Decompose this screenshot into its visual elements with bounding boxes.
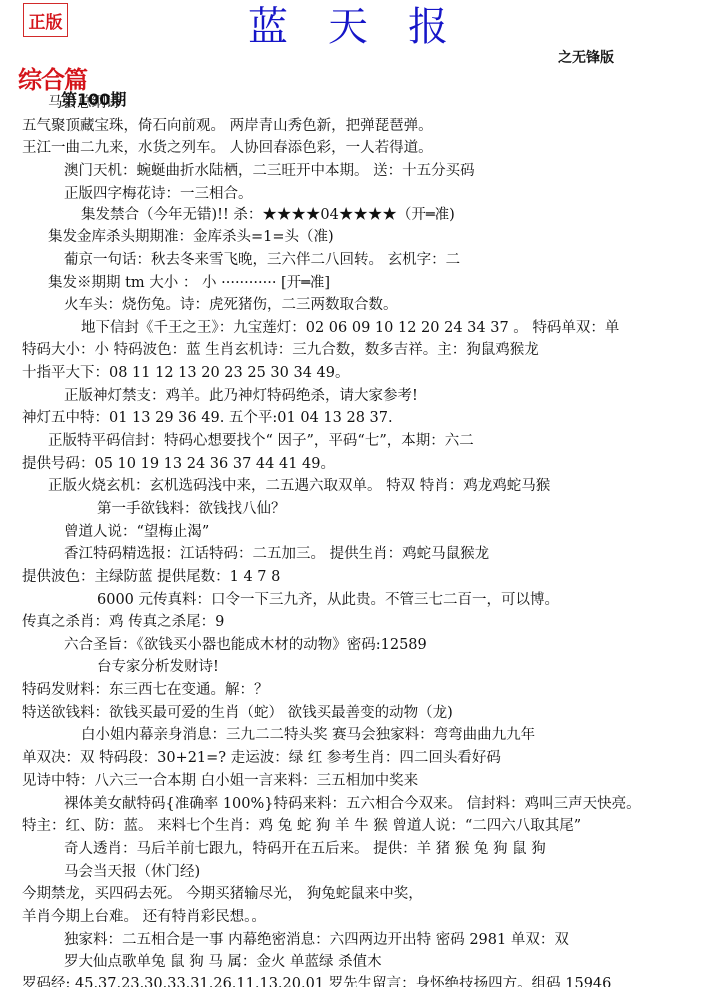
text-line: 台专家分析发财诗! (97, 657, 219, 677)
text-line: 特码发财料：东三西七在变通。解：？ (22, 680, 269, 700)
text-line: 特码大小：小 特码波色：蓝 生肖玄机诗：三九合数，数多吉祥。主：狗鼠鸡猴龙 (22, 340, 539, 360)
text-line: 罗大仙点歌单兔 鼠 狗 马 属：金火 单蓝绿 杀值木 (64, 952, 382, 972)
text-line: 十指平大下：08 11 12 13 20 23 25 30 34 49。 (22, 363, 350, 383)
text-line: 香江特码精选报：江话特码：二五加三。 提供生肖：鸡蛇马鼠猴龙 (64, 544, 489, 564)
text-line: 澳门天机：蜿蜒曲折水陆栖，二三旺开中本期。 送：十五分买码 (64, 161, 475, 181)
text-line: 提供号码：05 10 19 13 24 36 37 44 41 49。 (22, 454, 335, 474)
text-line: 白小姐内幕亲身消息：三九二二特头奖 赛马会独家料：弯弯曲曲九九年 (81, 725, 535, 745)
text-line: 6000 元传真料：口令一下三九齐，从此贵。不管三七二百一，可以博。 (97, 590, 559, 610)
text-line: 奇人透肖：马后羊前七跟九，特码开在五后来。 提供：羊 猪 猴 兔 狗 鼠 狗 (64, 839, 546, 859)
edition-label: 之无锋版 (558, 47, 614, 67)
text-line: 羊肖今期上台难。 还有特肖彩民想。。 (22, 907, 266, 927)
text-line: 特送欲钱料：欲钱买最可爱的生肖（蛇） 欲钱买最善变的动物（龙) (22, 703, 453, 723)
text-line: 集发※期期 tm 大小 ： 小 ············ [开═准] (48, 273, 330, 293)
text-line: 马会当天报（休门经) (64, 862, 200, 882)
text-line: 神灯五中特：01 13 29 36 49. 五个平:01 04 13 28 37… (22, 408, 393, 428)
text-line: 今期禁龙，买四码去死。 今期买猪输尽光， 狗兔蛇鼠来中奖， (22, 884, 423, 904)
text-line: 曾道人说：“望梅止渴” (64, 522, 209, 542)
text-line: 六合圣旨：《欲钱买小器也能成木材的动物》密码:12589 (64, 635, 427, 655)
masthead-char-1: 蓝 (248, 4, 288, 50)
text-line: 五气聚顶藏宝珠，倚石向前观。 两岸青山秀色新，把弹琵琶弹。 (22, 116, 433, 136)
text-line: 火车头：烧伤兔。诗：虎死猪伤，二三两数取合数。 (64, 295, 398, 315)
masthead-char-3: 报 (408, 4, 448, 50)
text-line: 马会总纲诗： (48, 93, 135, 113)
text-line: 正版特平码信封：特码心想要找个“ 因子”，平码“七”，本期：六二 (48, 431, 474, 451)
text-line: 王江一曲二九来，水货之列车。 人协回春添色彩，一人若得道。 (22, 138, 433, 158)
text-line: 单双决：双 特码段：30+21=? 走运波：绿 红 参考生肖：四二回头看好码 (22, 748, 501, 768)
text-line: 正版神灯禁支：鸡羊。此乃神灯特码绝杀，请大家参考! (64, 386, 418, 406)
genuine-edition-stamp: 正版 (23, 3, 68, 37)
text-line: 葡京一句话：秋去冬来雪飞晚，三六伴二八回转。 玄机字：二 (64, 250, 460, 270)
text-line: 集发禁合（今年无错)!! 杀：★★★★04★★★★（开═准) (81, 205, 455, 225)
masthead-char-2: 天 (328, 4, 368, 50)
text-line: 正版四字梅花诗：一三相合。 (64, 184, 253, 204)
text-line: 正版火烧玄机：玄机选码浅中来，二五遇六取双单。 特双 特肖：鸡龙鸡蛇马猴 (48, 476, 550, 496)
text-line: 罗码经: 45.37.23.30.33.31.26.11.13.20.01 罗先… (22, 974, 611, 987)
text-line: 裸体美女献特码{准确率 100%}特码来料：五六相合今双来。 信封料：鸡叫三声天… (64, 794, 641, 814)
text-line: 见诗中特：八六三一合本期 白小姐一言来料：三五相加中奖来 (22, 771, 418, 791)
text-line: 集发金库杀头期期准：金库杀头=1=头（准) (48, 227, 334, 247)
newspaper-masthead: 蓝 天 报 (248, 4, 448, 50)
text-line: 特主：红、防：蓝。 来料七个生肖：鸡 兔 蛇 狗 羊 牛 猴 曾道人说：“二四六… (22, 816, 581, 836)
text-line: 提供波色：主绿防蓝 提供尾数：1 4 7 8 (22, 567, 280, 587)
text-line: 第一手欲钱料：欲钱找八仙？ (97, 499, 286, 519)
text-line: 传真之杀肖：鸡 传真之杀尾：9 (22, 612, 224, 632)
text-line: 地下信封《千王之王》：九宝莲灯：02 06 09 10 12 20 24 34 … (81, 318, 619, 338)
text-line: 独家料：二五相合是一事 内幕绝密消息：六四两边开出特 密码 2981 单双：双 (64, 930, 569, 950)
